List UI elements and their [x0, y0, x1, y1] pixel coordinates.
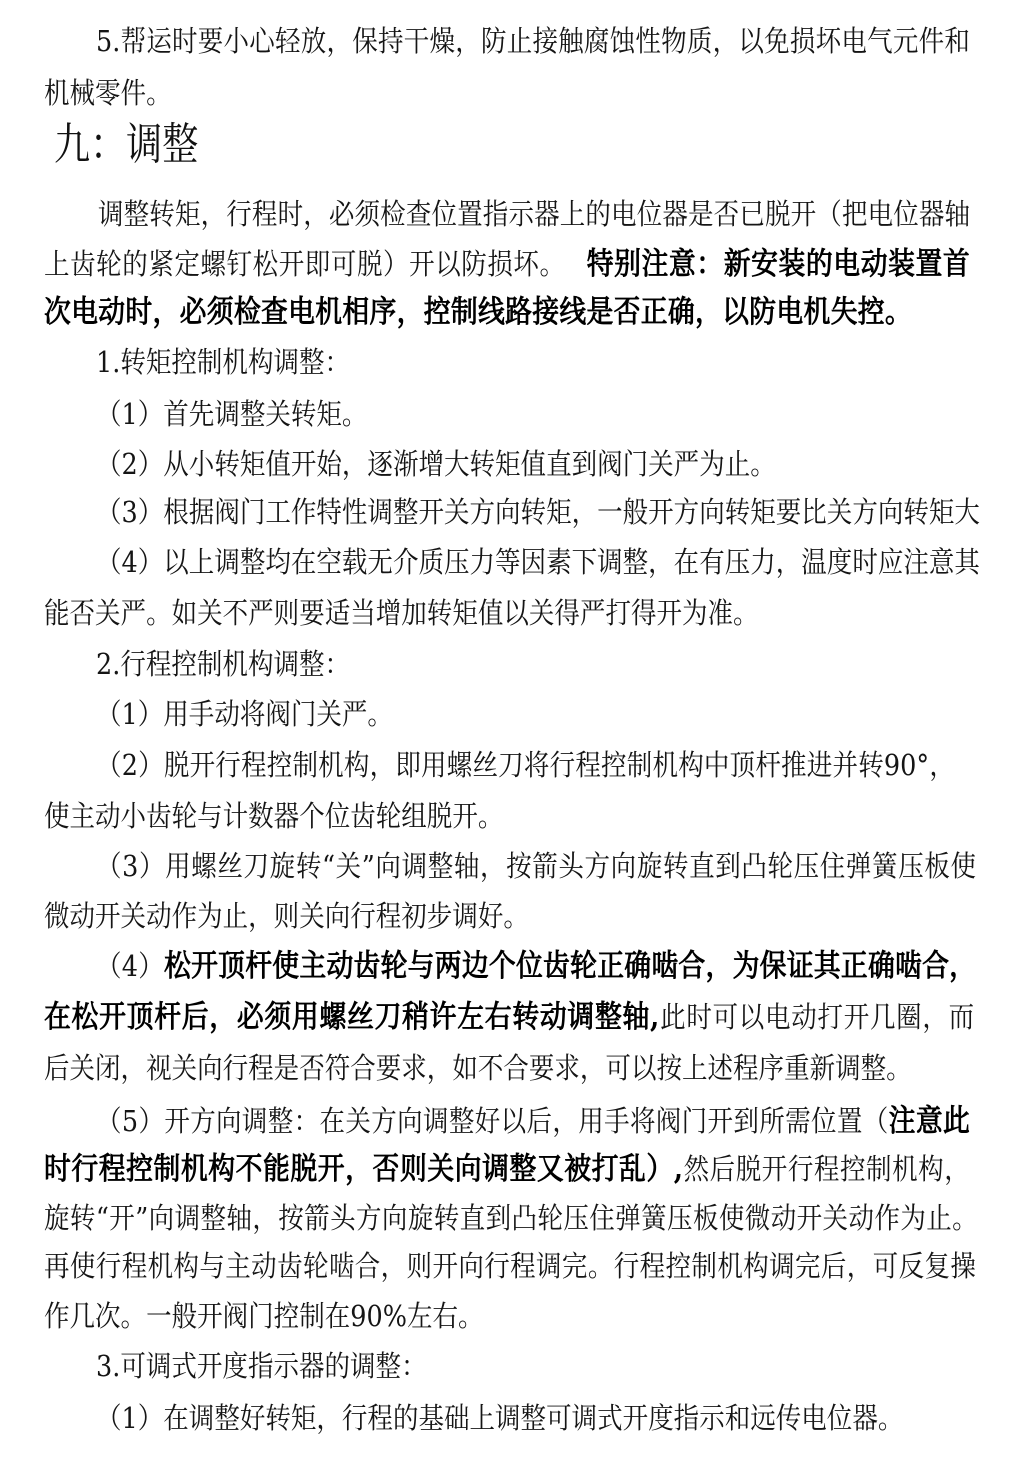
warning-emphasis: 次电动时，必须检查电机相序，控制线路接线是否正确，以防电机失控。: [44, 294, 912, 330]
step-line: （4）松开顶杆使主动齿轮与两边个位齿轮正确啮合，为保证其正确啮合，: [96, 946, 976, 986]
text-segment: 作几次。一般开阀门控制在90%左右。: [44, 1299, 484, 1333]
text-segment: 3.可调式开度指示器的调整：: [96, 1349, 427, 1383]
text-segment: 旋转“开”向调整轴，按箭头方向旋转直到凸轮压住弹簧压板使微动开关动作为止。: [44, 1201, 978, 1235]
step-line: （1）首先调整关转矩。: [96, 394, 367, 434]
intro-line: 次电动时，必须检查电机相序，控制线路接线是否正确，以防电机失控。: [44, 292, 912, 332]
text-segment: （4）以上调整均在空载无介质压力等因素下调整，在有压力，温度时应注意其: [96, 545, 980, 579]
text-segment: （4）: [96, 949, 164, 983]
text-segment: 5.帮运时要小心轻放，保持干燥，防止接触腐蚀性物质，以免损坏电气元件和: [96, 24, 970, 58]
previous-item-line: 机械零件。: [44, 73, 172, 113]
step-line: 再使行程机构与主动齿轮啮合，则开向行程调完。行程控制机构调完后，可反复操: [44, 1246, 976, 1286]
emphasis-segment: 时行程控制机构不能脱开，否则关向调整又被打乱）,: [44, 1151, 683, 1187]
text-segment: 能否关严。如关不严则要适当增加转矩值以关得严打得开为准。: [44, 596, 759, 630]
step-line: 在松开顶杆后，必须用螺丝刀稍许左右转动调整轴,此时可以电动打开几圈，而: [44, 997, 974, 1037]
step-line: （5）开方向调整：在关方向调整好以后，用手将阀门开到所需位置（注意此: [96, 1101, 970, 1141]
text-segment: （1）首先调整关转矩。: [96, 397, 367, 431]
section-heading: 九：调整: [54, 117, 198, 173]
step-line: （4）以上调整均在空载无介质压力等因素下调整，在有压力，温度时应注意其: [96, 542, 978, 582]
step-line: 时行程控制机构不能脱开，否则关向调整又被打乱）,然后脱开行程控制机构，: [44, 1149, 970, 1189]
text-segment: 后关闭，视关向行程是否符合要求，如不合要求，可以按上述程序重新调整。: [44, 1051, 912, 1085]
text-segment: 机械零件。: [44, 76, 172, 110]
step-line: 能否关严。如关不严则要适当增加转矩值以关得严打得开为准。: [44, 593, 759, 633]
text-segment: （3）根据阀门工作特性调整开关方向转矩，一般开方向转矩要比关方向转矩大: [96, 495, 980, 529]
text-segment: 然后脱开行程控制机构，: [683, 1152, 970, 1186]
step-line: 微动开关动作为止，则关向行程初步调好。: [44, 896, 529, 936]
text-segment: （2）从小转矩值开始，逐渐增大转矩值直到阀门关严为止。: [96, 447, 776, 481]
text-segment: （1）用手动将阀门关严。: [96, 697, 393, 731]
text-segment: 微动开关动作为止，则关向行程初步调好。: [44, 899, 529, 933]
text-segment: （2）脱开行程控制机构，即用螺丝刀将行程控制机构中顶杆推进并转90°，: [96, 748, 955, 782]
text-segment: 此时可以电动打开几圈，而: [659, 1000, 974, 1034]
text-segment: （1）在调整好转矩，行程的基础上调整可调式开度指示和远传电位器。: [96, 1401, 903, 1435]
intro-line: 上齿轮的紧定螺钉松开即可脱）开以防损坏。特别注意：新安装的电动装置首: [44, 244, 970, 284]
text-segment: （3）用螺丝刀旋转“关”向调整轴，按箭头方向旋转直到凸轮压住弹簧压板使: [96, 849, 976, 883]
subsection-title: 2.行程控制机构调整：: [96, 644, 350, 684]
step-line: （3）用螺丝刀旋转“关”向调整轴，按箭头方向旋转直到凸轮压住弹簧压板使: [96, 846, 976, 886]
emphasis-segment: 在松开顶杆后，必须用螺丝刀稍许左右转动调整轴,: [44, 999, 659, 1035]
text-segment: 再使行程机构与主动齿轮啮合，则开向行程调完。行程控制机构调完后，可反复操: [44, 1249, 976, 1283]
text-segment: 2.行程控制机构调整：: [96, 647, 350, 681]
previous-item-line: 5.帮运时要小心轻放，保持干燥，防止接触腐蚀性物质，以免损坏电气元件和: [96, 21, 970, 61]
text-segment: （5）开方向调整：在关方向调整好以后，用手将阀门开到所需位置（: [96, 1104, 889, 1138]
text-segment: 上齿轮的紧定螺钉松开即可脱）开以防损坏。: [44, 247, 566, 281]
emphasis-segment: 松开顶杆使主动齿轮与两边个位齿轮正确啮合，为保证其正确啮合，: [164, 948, 976, 984]
document-page: 5.帮运时要小心轻放，保持干燥，防止接触腐蚀性物质，以免损坏电气元件和 机械零件…: [0, 0, 1018, 1462]
emphasis-segment: 注意此: [889, 1103, 970, 1139]
step-line: （3）根据阀门工作特性调整开关方向转矩，一般开方向转矩要比关方向转矩大: [96, 492, 978, 532]
step-line: （2）从小转矩值开始，逐渐增大转矩值直到阀门关严为止。: [96, 444, 776, 484]
step-line: 使主动小齿轮与计数器个位齿轮组脱开。: [44, 796, 503, 836]
step-line: 旋转“开”向调整轴，按箭头方向旋转直到凸轮压住弹簧压板使微动开关动作为止。: [44, 1198, 978, 1238]
step-line: 作几次。一般开阀门控制在90%左右。: [44, 1296, 484, 1336]
step-line: （2）脱开行程控制机构，即用螺丝刀将行程控制机构中顶杆推进并转90°，: [96, 745, 955, 785]
step-line: 后关闭，视关向行程是否符合要求，如不合要求，可以按上述程序重新调整。: [44, 1048, 912, 1088]
text-segment: 使主动小齿轮与计数器个位齿轮组脱开。: [44, 799, 503, 833]
text-segment: 1.转矩控制机构调整：: [96, 345, 350, 379]
subsection-title: 1.转矩控制机构调整：: [96, 342, 350, 382]
warning-emphasis: 特别注意：新安装的电动装置首: [587, 246, 970, 282]
intro-line: 调整转矩，行程时，必须检查位置指示器上的电位器是否已脱开（把电位器轴: [98, 194, 970, 234]
text-segment: 调整转矩，行程时，必须检查位置指示器上的电位器是否已脱开（把电位器轴: [98, 197, 970, 231]
step-line: （1）用手动将阀门关严。: [96, 694, 393, 734]
step-line: （1）在调整好转矩，行程的基础上调整可调式开度指示和远传电位器。: [96, 1398, 903, 1438]
subsection-title: 3.可调式开度指示器的调整：: [96, 1346, 427, 1386]
